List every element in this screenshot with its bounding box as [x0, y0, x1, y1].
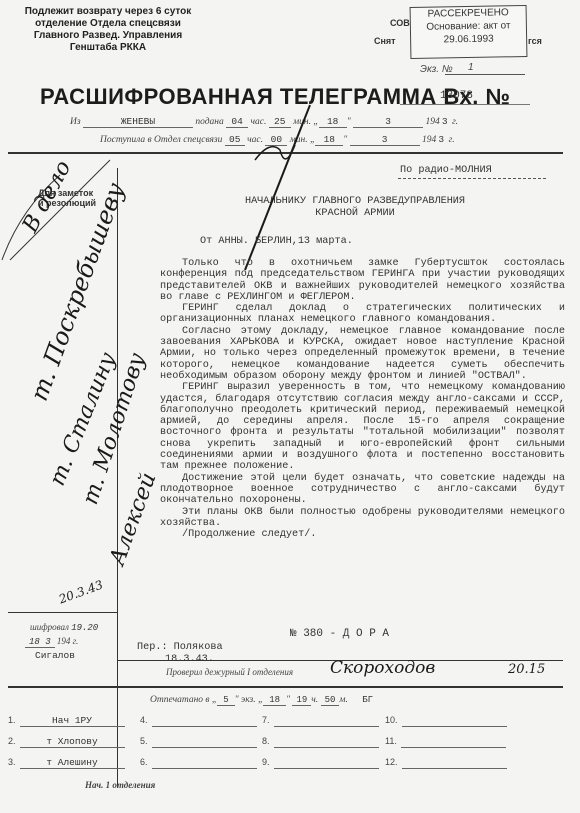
- distribution-number: 6.: [140, 757, 148, 767]
- paragraph: Только что в охотничьем замке Губертусшт…: [160, 258, 565, 303]
- distribution-item: 8.: [262, 736, 379, 748]
- addressee-line: НАЧАЛЬНИКУ ГЛАВНОГО РАЗВЕДУПРАВЛЕНИЯ: [190, 196, 520, 208]
- distribution-item: 5.: [140, 736, 257, 748]
- sent-year: 3: [440, 116, 450, 127]
- secrecy-mark-removed: Снят: [374, 36, 396, 46]
- distribution-recipient: [274, 715, 379, 727]
- priority-label: По радио-МОЛНИЯ: [400, 165, 492, 176]
- encrypted-row: шифровал 19.20: [30, 622, 98, 633]
- encrypted-label: шифровал: [30, 622, 69, 632]
- printed-hour: 19: [292, 695, 311, 706]
- return-notice-line: отделение Отдела спецсвязи: [8, 18, 208, 30]
- received-month: 3: [350, 134, 420, 146]
- printed-minute: 50: [321, 695, 340, 706]
- paragraph: Эти планы ОКВ были полностью одобрены ру…: [160, 507, 565, 530]
- telegram-body: Только что в охотничьем замке Губертусшт…: [160, 258, 565, 540]
- paragraph: Достижение этой цели будет означать, что…: [160, 473, 565, 507]
- encrypter-name: Сигалов: [35, 650, 75, 661]
- minute-label: м.: [339, 695, 347, 705]
- year-prefix: 194: [425, 117, 439, 127]
- received-label: Поступила в Отдел спецсвязи: [100, 135, 222, 145]
- year-prefix: 194: [57, 636, 71, 646]
- distribution-number: 4.: [140, 715, 148, 725]
- footer-divider: [8, 686, 563, 688]
- declassified-stamp: РАССЕКРЕЧЕНО Основание: акт от 29.06.199…: [410, 5, 528, 59]
- printed-initials: БГ: [362, 695, 373, 705]
- encrypted-time: 19.20: [71, 623, 98, 633]
- paragraph: /Продолжение следует/.: [160, 529, 565, 540]
- translator: Пер.: Полякова: [137, 642, 223, 653]
- checked-signature: Скороходов: [330, 658, 435, 678]
- paragraph: ГЕРИНГ выразил уверенность в том, что не…: [160, 382, 565, 472]
- distribution-recipient: Нач 1РУ: [20, 715, 125, 727]
- distribution-recipient: т Алешину: [20, 757, 125, 769]
- copies-label: экз.: [241, 695, 256, 705]
- distribution-item: 7.: [262, 715, 379, 727]
- origin-line: От АННЫ. БЕРЛИН,13 марта.: [200, 236, 353, 247]
- distribution-recipient: [152, 715, 257, 727]
- hour-label: ч.: [311, 695, 318, 705]
- paragraph: ГЕРИНГ сделал доклад о стратегических по…: [160, 303, 565, 326]
- checked-label: Проверил дежурный I отделения: [166, 667, 293, 677]
- margin-footer-divider: [8, 612, 118, 613]
- distribution-number: 2.: [8, 736, 16, 746]
- stamp-line: Основание: акт от: [411, 19, 526, 34]
- from-city: ЖЕНЕВЫ: [83, 116, 193, 128]
- distribution-recipient: [401, 736, 506, 748]
- dept-head-label: Нач. 1 отделения: [85, 780, 155, 790]
- received-year: 3: [436, 134, 446, 145]
- handwritten-signature: Алексей: [105, 469, 161, 568]
- distribution-number: 1.: [8, 715, 16, 725]
- sent-month: 3: [353, 116, 423, 128]
- year-suffix: г.: [452, 117, 458, 127]
- distribution-recipient: [152, 736, 257, 748]
- distribution-recipient: т Хлопову: [20, 736, 125, 748]
- distribution-recipient: [402, 715, 507, 727]
- return-notice-line: Генштаба РККА: [8, 42, 208, 54]
- distribution-recipient: [274, 757, 379, 769]
- distribution-item: 11.: [385, 736, 506, 748]
- year-suffix: г.: [449, 135, 455, 145]
- printed-label: Отпечатано в: [150, 695, 210, 705]
- encrypted-date-row: 18 3 194 г.: [25, 636, 78, 647]
- priority-underline: [398, 178, 546, 179]
- distribution-item: 10.: [385, 715, 507, 727]
- distribution-number: 12.: [385, 757, 398, 767]
- handwritten-date: 20.3.43: [57, 578, 105, 607]
- addressee: НАЧАЛЬНИКУ ГЛАВНОГО РАЗВЕДУПРАВЛЕНИЯ КРА…: [190, 196, 520, 220]
- agent-signature: № 380 - Д О Р А: [290, 628, 389, 640]
- distribution-item: 1.Нач 1РУ: [8, 715, 125, 727]
- distribution-recipient: [274, 736, 379, 748]
- distribution-recipient: [152, 757, 257, 769]
- distribution-recipient: [402, 757, 507, 769]
- stamp-line: 29.06.1993: [411, 32, 526, 47]
- return-notice-line: Главного Развед. Управления: [8, 30, 208, 42]
- distribution-item: 2.т Хлопову: [8, 736, 125, 748]
- handwritten-strike: [215, 100, 325, 280]
- year-prefix: 194: [422, 135, 436, 145]
- incoming-number: 13078: [440, 90, 473, 102]
- distribution-number: 9.: [262, 757, 270, 767]
- return-notice-line: Подлежит возврату через 6 суток: [8, 6, 208, 18]
- printed-row: Отпечатано в „5" экз. „18" 19ч. 50м. БГ: [150, 695, 373, 705]
- return-notice: Подлежит возврату через 6 суток отделени…: [8, 6, 208, 54]
- distribution-item: 3.т Алешину: [8, 757, 125, 769]
- secrecy-mark: СОВ: [390, 18, 410, 28]
- distribution-item: 12.: [385, 757, 507, 769]
- distribution-item: 4.: [140, 715, 257, 727]
- distribution-item: 6.: [140, 757, 257, 769]
- copy-number-line: [445, 74, 525, 75]
- printed-copies: 5: [217, 695, 234, 706]
- checked-time: 20.15: [508, 662, 545, 677]
- distribution-number: 7.: [262, 715, 270, 725]
- from-label: Из: [70, 117, 81, 127]
- printed-day: 18: [263, 695, 286, 706]
- addressee-line: КРАСНОЙ АРМИИ: [190, 208, 520, 220]
- distribution-item: 9.: [262, 757, 379, 769]
- title-number-line: [400, 104, 530, 105]
- distribution-number: 11.: [385, 736, 397, 746]
- copy-number-value: 1: [468, 62, 474, 73]
- distribution-number: 8.: [262, 736, 270, 746]
- distribution-number: 5.: [140, 736, 148, 746]
- distribution-number: 10.: [385, 715, 398, 725]
- distribution-number: 3.: [8, 757, 16, 767]
- secrecy-mark-suffix: гся: [528, 36, 542, 46]
- paragraph: Согласно этому докладу, немецкое главное…: [160, 326, 565, 382]
- encrypted-date: 18 3: [25, 637, 55, 648]
